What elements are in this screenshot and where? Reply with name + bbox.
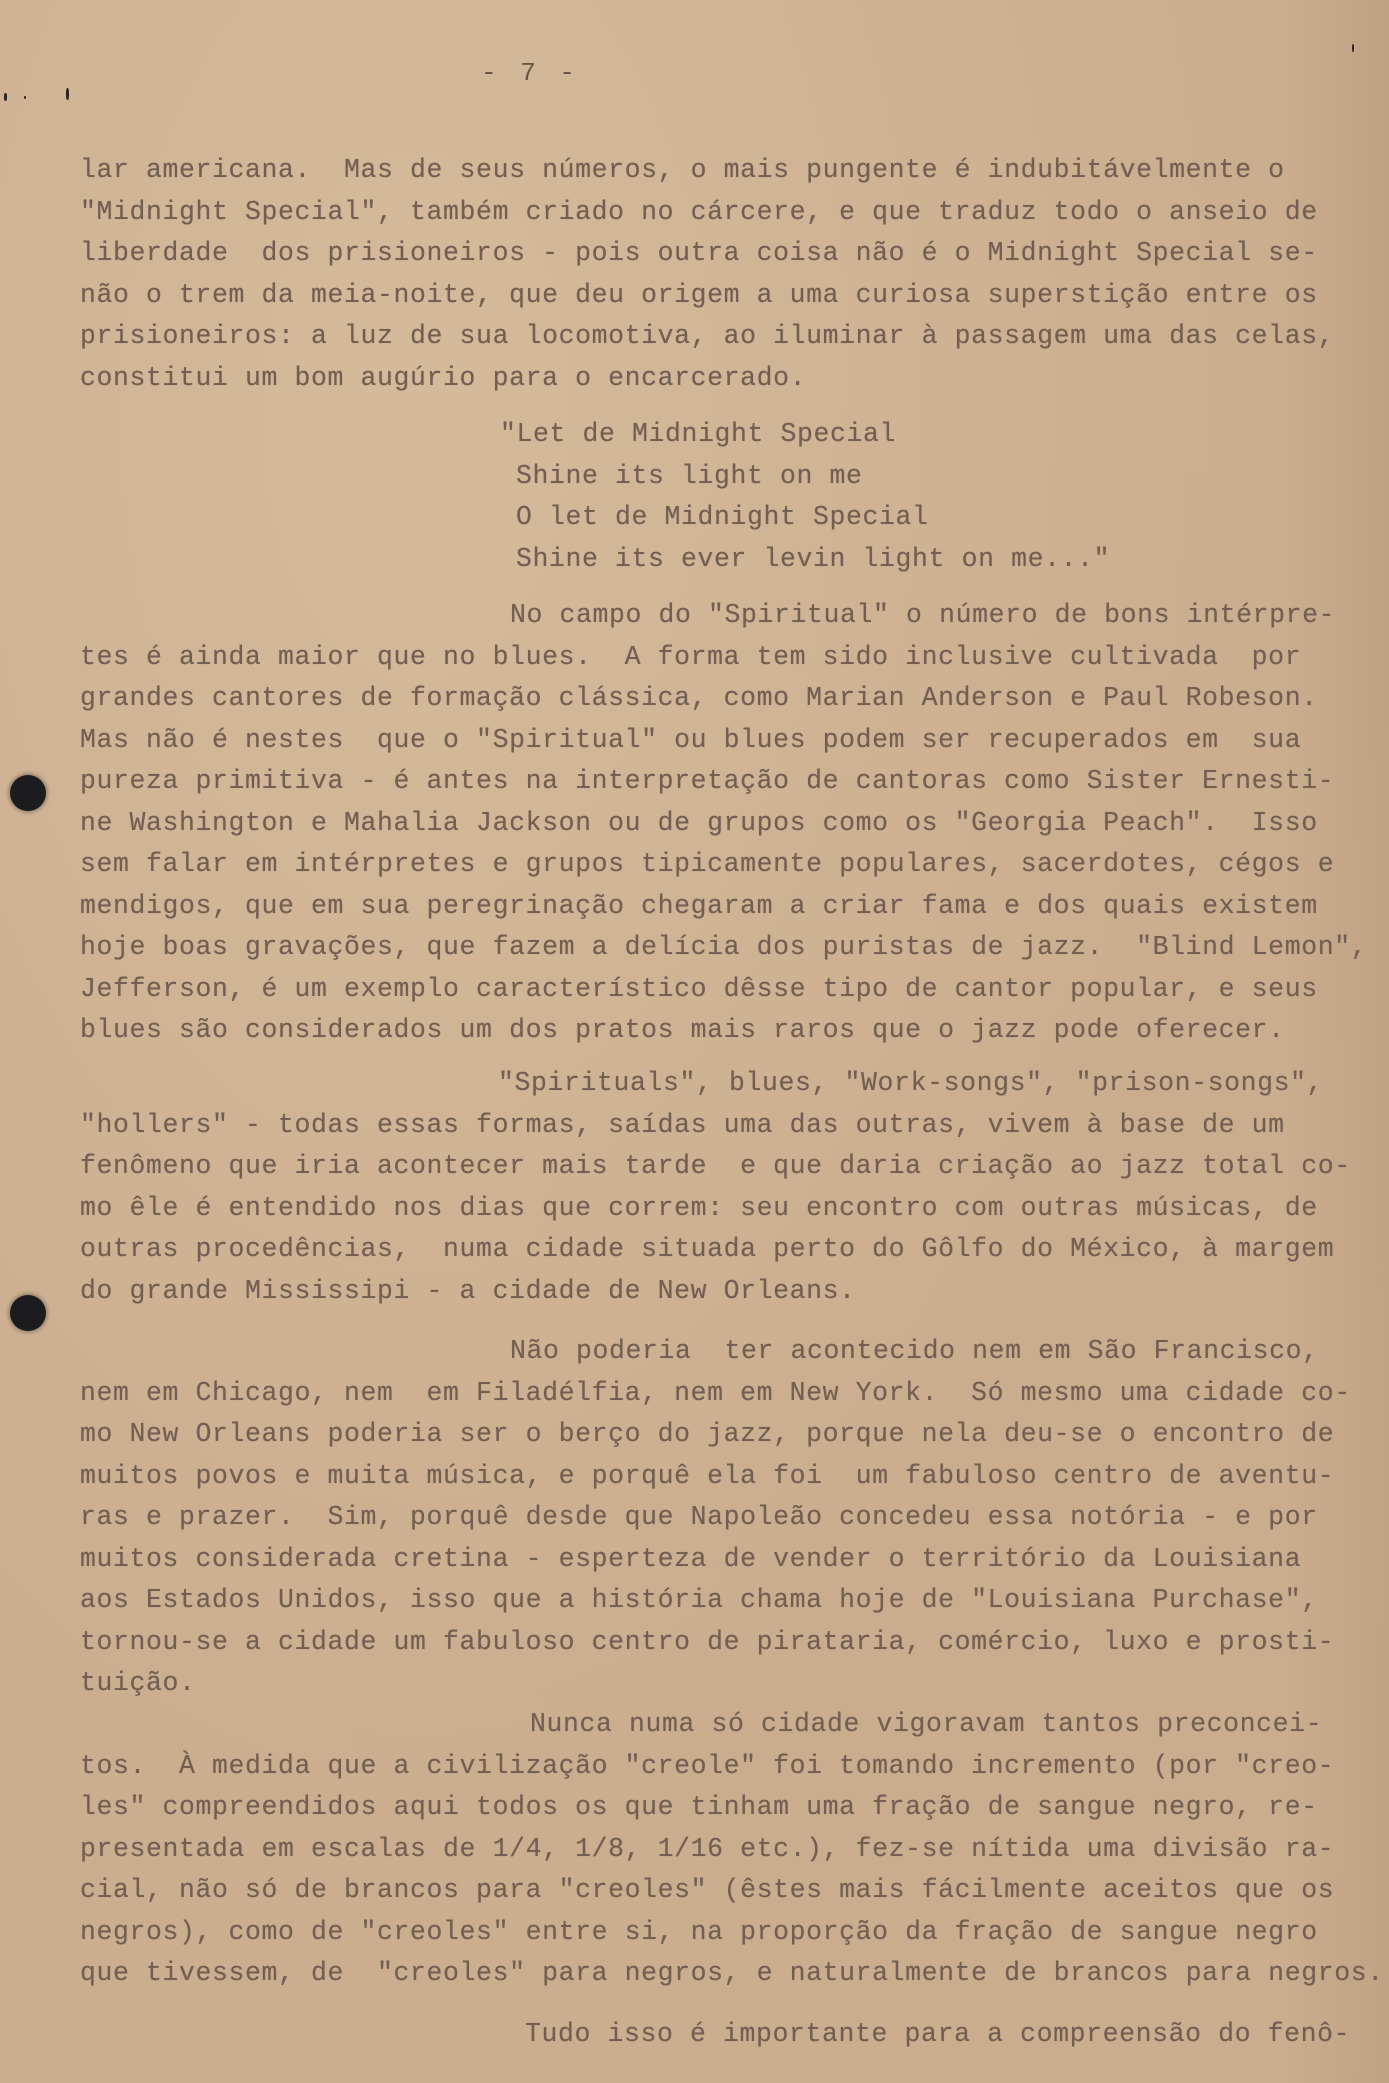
text-line: ne Washington e Mahalia Jackson ou de gr… xyxy=(80,803,1340,845)
ink-speck xyxy=(66,88,69,100)
text-line: mo New Orleans poderia ser o berço do ja… xyxy=(80,1414,1340,1456)
text-line: constitui um bom augúrio para o encarcer… xyxy=(80,358,1340,400)
text-line: presentada em escalas de 1/4, 1/8, 1/16 … xyxy=(80,1829,1340,1871)
text-line: tos. À medida que a civilização "creole"… xyxy=(80,1746,1340,1788)
text-line: pureza primitiva - é antes na interpreta… xyxy=(80,761,1340,803)
text-line: "Spirituals", blues, "Work-songs", "pris… xyxy=(80,1063,1340,1105)
text-line: lar americana. Mas de seus números, o ma… xyxy=(80,150,1340,192)
typewritten-page: - 7 - lar americana. Mas de seus números… xyxy=(0,0,1389,2083)
verse-line: "Let de Midnight Special xyxy=(500,414,1110,456)
text-line: outras procedências, numa cidade situada… xyxy=(80,1229,1340,1271)
text-line: Nunca numa só cidade vigoravam tantos pr… xyxy=(80,1704,1340,1746)
text-line: que tivessem, de "creoles" para negros, … xyxy=(80,1953,1340,1995)
paragraph-forms: "Spirituals", blues, "Work-songs", "pris… xyxy=(80,1063,1340,1312)
verse-line: Shine its light on me xyxy=(500,456,1110,498)
punch-hole-top xyxy=(10,775,46,811)
text-line: fenômeno que iria acontecer mais tarde e… xyxy=(80,1146,1340,1188)
text-line: cial, não só de brancos para "creoles" (… xyxy=(80,1870,1340,1912)
text-line: liberdade dos prisioneiros - pois outra … xyxy=(80,233,1340,275)
paragraph-midnight-special: lar americana. Mas de seus números, o ma… xyxy=(80,150,1340,399)
text-line: muitos povos e muita música, e porquê el… xyxy=(80,1456,1340,1498)
paragraph-spiritual: No campo do "Spiritual" o número de bons… xyxy=(80,595,1340,1052)
song-verse: "Let de Midnight Special Shine its light… xyxy=(500,414,1110,580)
text-line: nem em Chicago, nem em Filadélfia, nem e… xyxy=(80,1373,1340,1415)
text-line: tuição. xyxy=(80,1663,1340,1705)
paragraph-new-orleans: Não poderia ter acontecido nem em São Fr… xyxy=(80,1331,1340,1705)
text-line: negros), como de "creoles" entre si, na … xyxy=(80,1912,1340,1954)
text-line: grandes cantores de formação clássica, c… xyxy=(80,678,1340,720)
text-line: No campo do "Spiritual" o número de bons… xyxy=(80,595,1340,637)
ink-speck xyxy=(24,96,26,99)
text-line: do grande Mississipi - a cidade de New O… xyxy=(80,1271,1340,1313)
text-line: "Midnight Special", também criado no cár… xyxy=(80,192,1340,234)
paragraph-final: Tudo isso é importante para a compreensã… xyxy=(80,2014,1340,2056)
text-line: prisioneiros: a luz de sua locomotiva, a… xyxy=(80,316,1340,358)
text-line: Jefferson, é um exemplo característico d… xyxy=(80,969,1340,1011)
text-line: Tudo isso é importante para a compreensã… xyxy=(80,2014,1340,2056)
text-line: sem falar em intérpretes e grupos tipica… xyxy=(80,844,1340,886)
page-number: - 7 - xyxy=(0,58,1060,88)
ink-speck xyxy=(4,93,7,101)
text-line: muitos considerada cretina - esperteza d… xyxy=(80,1539,1340,1581)
paragraph-prejudice: Nunca numa só cidade vigoravam tantos pr… xyxy=(80,1704,1340,1995)
text-line: blues são considerados um dos pratos mai… xyxy=(80,1010,1340,1052)
text-line: ras e prazer. Sim, porquê desde que Napo… xyxy=(80,1497,1340,1539)
verse-line: O let de Midnight Special xyxy=(500,497,1110,539)
text-line: Mas não é nestes que o "Spiritual" ou bl… xyxy=(80,720,1340,762)
text-line: hoje boas gravações, que fazem a delícia… xyxy=(80,927,1340,969)
text-line: tes é ainda maior que no blues. A forma … xyxy=(80,637,1340,679)
text-line: Não poderia ter acontecido nem em São Fr… xyxy=(80,1331,1340,1373)
text-line: les" compreendidos aqui todos os que tin… xyxy=(80,1787,1340,1829)
text-line: não o trem da meia-noite, que deu origem… xyxy=(80,275,1340,317)
text-line: aos Estados Unidos, isso que a história … xyxy=(80,1580,1340,1622)
text-line: mo êle é entendido nos dias que correm: … xyxy=(80,1188,1340,1230)
text-line: "hollers" - todas essas formas, saídas u… xyxy=(80,1105,1340,1147)
verse-line: Shine its ever levin light on me..." xyxy=(500,539,1110,581)
punch-hole-bottom xyxy=(10,1295,46,1331)
ink-speck xyxy=(1352,44,1354,52)
text-line: tornou-se a cidade um fabuloso centro de… xyxy=(80,1622,1340,1664)
text-line: mendigos, que em sua peregrinação chegar… xyxy=(80,886,1340,928)
